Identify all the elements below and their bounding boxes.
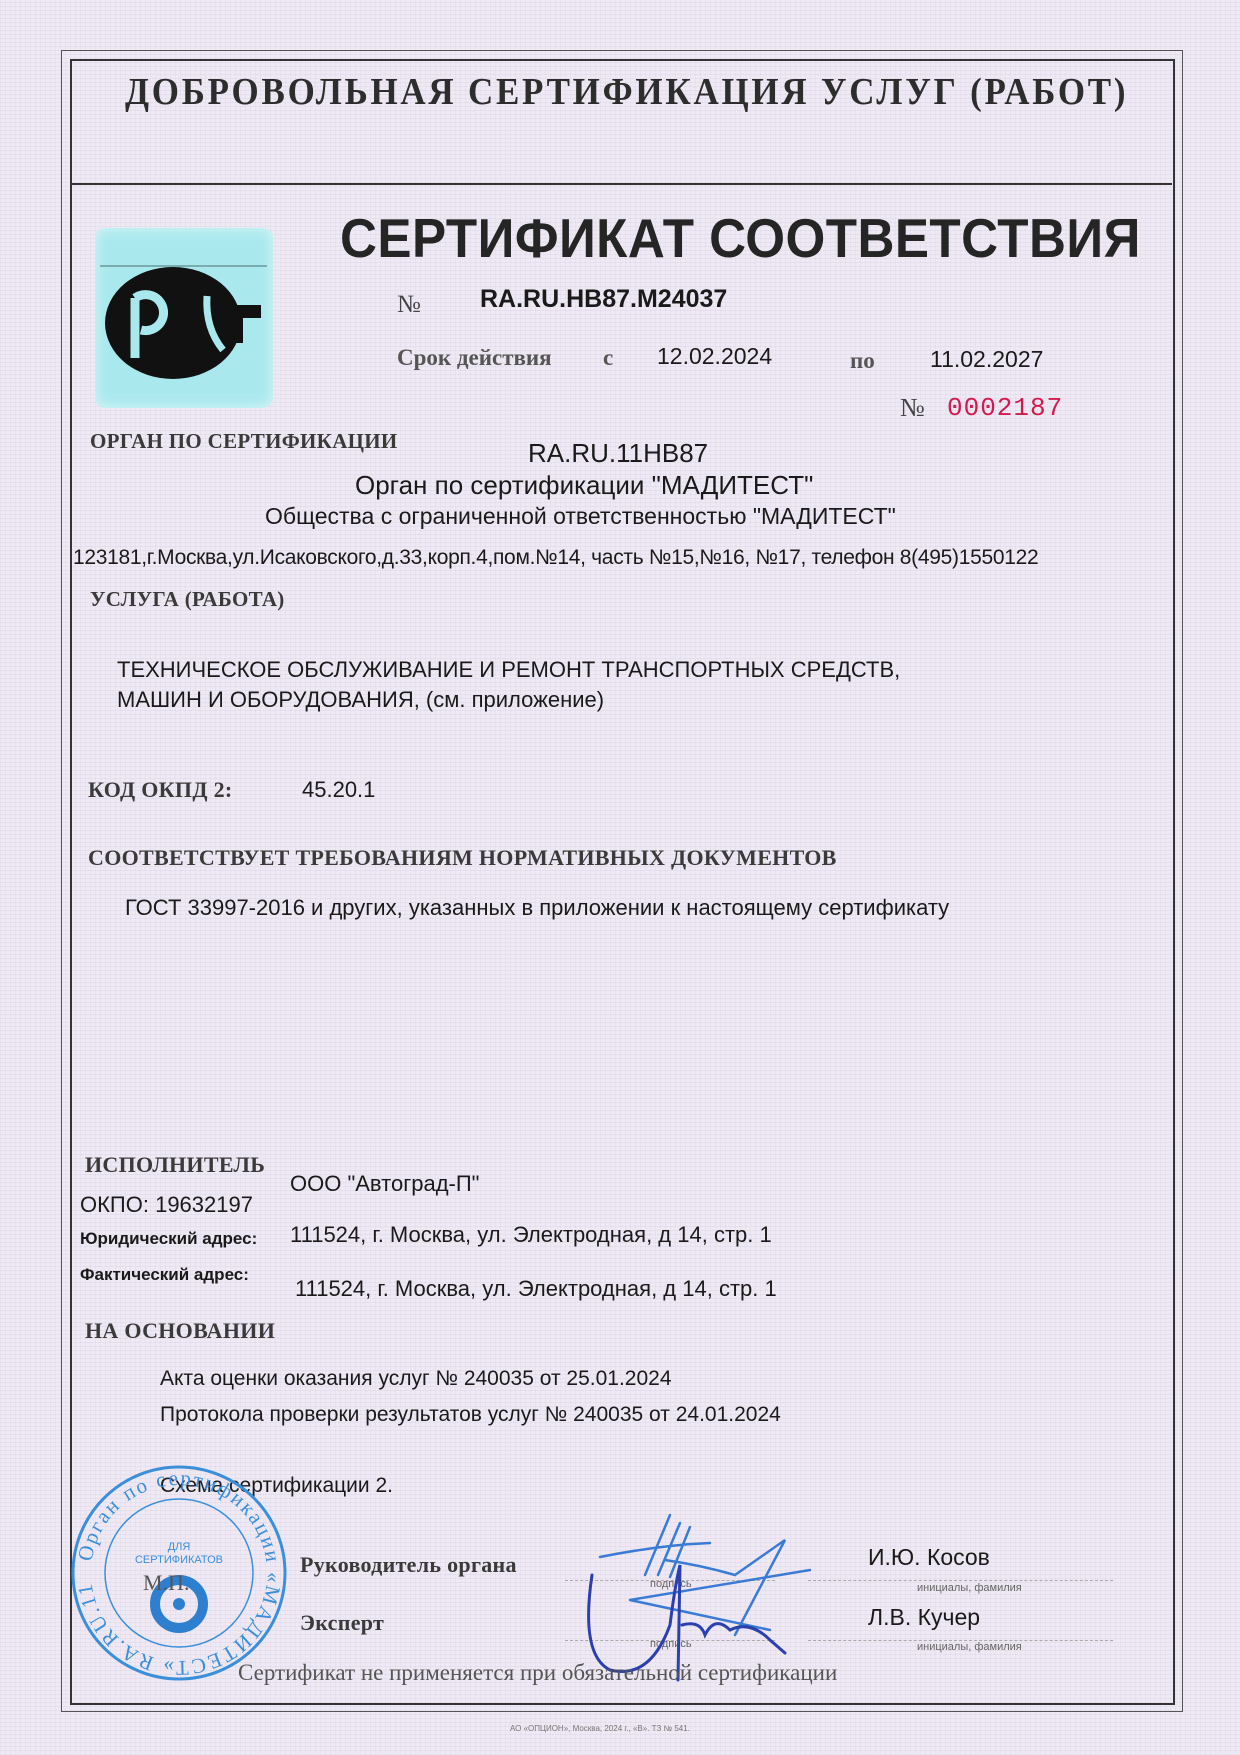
certificate-banner: ДОБРОВОЛЬНАЯ СЕРТИФИКАЦИЯ УСЛУГ (РАБОТ) [125, 70, 1128, 114]
svg-text:ДЛЯ: ДЛЯ [168, 1541, 191, 1553]
certificate-number: RA.RU.HB87.M24037 [480, 285, 727, 314]
service-description-line-1: ТЕХНИЧЕСКОЕ ОБСЛУЖИВАНИЕ И РЕМОНТ ТРАНСП… [117, 657, 900, 683]
certification-body-company: Общества с ограниченной ответственностью… [265, 503, 896, 530]
voluntary-certification-note: Сертификат не применяется при обязательн… [238, 1660, 837, 1686]
head-name-line [808, 1580, 1113, 1581]
executor-okpo: ОКПО: 19632197 [80, 1192, 253, 1218]
executor-name: ООО "Автоград-П" [290, 1171, 479, 1197]
expert-label: Эксперт [300, 1610, 384, 1636]
basis-item-assessment-act: Акта оценки оказания услуг № 240035 от 2… [160, 1367, 672, 1391]
printer-imprint: АО «ОПЦИОН», Москва, 2024 г., «В». ТЗ № … [510, 1724, 690, 1733]
validity-to-date: 11.02.2027 [930, 346, 1043, 373]
svg-text:СЕРТИФИКАТОВ: СЕРТИФИКАТОВ [135, 1554, 223, 1566]
certification-body-address: 123181,г.Москва,ул.Исаковского,д.33,корп… [73, 546, 1038, 570]
rst-mark-icon [95, 228, 273, 408]
expert-name-caption: инициалы, фамилия [917, 1641, 1022, 1653]
handwritten-signatures [570, 1505, 820, 1685]
header-divider [72, 183, 1172, 185]
blank-number-sign: № [900, 393, 925, 423]
validity-label: Срок действия [397, 345, 552, 371]
certification-body-accreditation: RA.RU.11HB87 [528, 438, 708, 469]
stamp-place-label: М.П. [143, 1570, 189, 1596]
head-name: И.Ю. Косов [868, 1544, 990, 1571]
okpd-code-value: 45.20.1 [302, 777, 375, 803]
compliance-standards: ГОСТ 33997-2016 и других, указанных в пр… [125, 895, 949, 921]
actual-address-label: Фактический адрес: [80, 1265, 249, 1285]
compliance-label: СООТВЕТСТВУЕТ ТРЕБОВАНИЯМ НОРМАТИВНЫХ ДО… [88, 845, 837, 871]
legal-address-label: Юридический адрес: [80, 1229, 257, 1249]
okpd-code-label: КОД ОКПД 2: [88, 777, 233, 803]
basis-item-verification-protocol: Протокола проверки результатов услуг № 2… [160, 1403, 781, 1427]
service-description-line-2: МАШИН И ОБОРУДОВАНИЯ, (см. приложение) [117, 687, 604, 713]
blank-serial-number: 0002187 [947, 393, 1063, 423]
validity-to-label: по [850, 348, 875, 374]
validity-from-label: с [603, 345, 613, 371]
certification-body-label: ОРГАН ПО СЕРТИФИКАЦИИ [90, 429, 398, 454]
certificate-title: СЕРТИФИКАТ СООТВЕТСТВИЯ [340, 206, 1141, 270]
service-label: УСЛУГА (РАБОТА) [90, 587, 285, 612]
head-of-body-label: Руководитель органа [300, 1552, 517, 1578]
rst-hologram [95, 228, 273, 408]
validity-from-date: 12.02.2024 [657, 343, 772, 370]
head-name-caption: инициалы, фамилия [917, 1582, 1022, 1594]
expert-name: Л.В. Кучер [868, 1604, 980, 1631]
basis-label: НА ОСНОВАНИИ [85, 1318, 275, 1344]
legal-address: 111524, г. Москва, ул. Электродная, д 14… [290, 1222, 772, 1248]
actual-address: 111524, г. Москва, ул. Электродная, д 14… [295, 1276, 777, 1302]
number-sign: № [397, 291, 421, 319]
executor-label: ИСПОЛНИТЕЛЬ [85, 1152, 265, 1178]
certification-body-name: Орган по сертификации "МАДИТЕСТ" [355, 470, 813, 501]
